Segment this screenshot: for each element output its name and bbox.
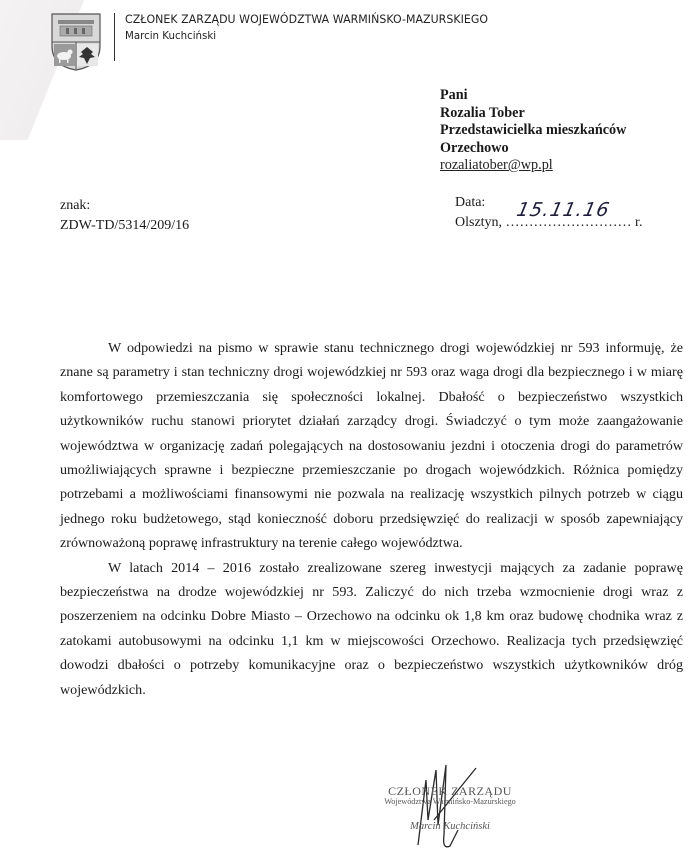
coat-of-arms-icon (50, 12, 102, 72)
date-place-line: Olsztyn, ……………………… r. 15.11.16 (455, 213, 655, 233)
recipient-name: Rozalia Tober (440, 105, 626, 123)
recipient-role: Przedstawicielka mieszkańców (440, 122, 626, 140)
signatory-name: Marcin Kuchciński (380, 821, 520, 832)
stamp-subtitle: Województwa Warmińsko-Mazurskiego (380, 797, 520, 807)
reference-label: znak: (60, 196, 189, 216)
letterhead: CZŁONEK ZARZĄDU WOJEWÓDZTWA WARMIŃSKO-MA… (50, 10, 515, 72)
body-paragraph: W odpowiedzi na pismo w sprawie stanu te… (60, 336, 683, 556)
reference-block: znak: ZDW-TD/5314/209/16 (60, 196, 189, 236)
recipient-salutation: Pani (440, 87, 626, 105)
date-block: Data: Olsztyn, ……………………… r. 15.11.16 (455, 193, 655, 233)
stamp-title: CZŁONEK ZARZĄDU (380, 785, 520, 797)
reference-number: ZDW-TD/5314/209/16 (60, 216, 189, 236)
letterhead-name: Marcin Kuchciński (125, 29, 488, 43)
letterhead-divider (114, 13, 115, 61)
letterhead-title: CZŁONEK ZARZĄDU WOJEWÓDZTWA WARMIŃSKO-MA… (125, 12, 488, 27)
handwritten-date: 15.11.16 (515, 200, 612, 220)
letter-body: W odpowiedzi na pismo w sprawie stanu te… (60, 336, 683, 702)
recipient-email-link[interactable]: rozaliatober@wp.pl (440, 157, 626, 175)
recipient-address: Pani Rozalia Tober Przedstawicielka mies… (440, 87, 626, 175)
signature-stamp: CZŁONEK ZARZĄDU Województwa Warmińsko-Ma… (380, 785, 520, 832)
recipient-place: Orzechowo (440, 140, 626, 158)
body-paragraph: W latach 2014 – 2016 zostało zrealizowan… (60, 556, 683, 702)
